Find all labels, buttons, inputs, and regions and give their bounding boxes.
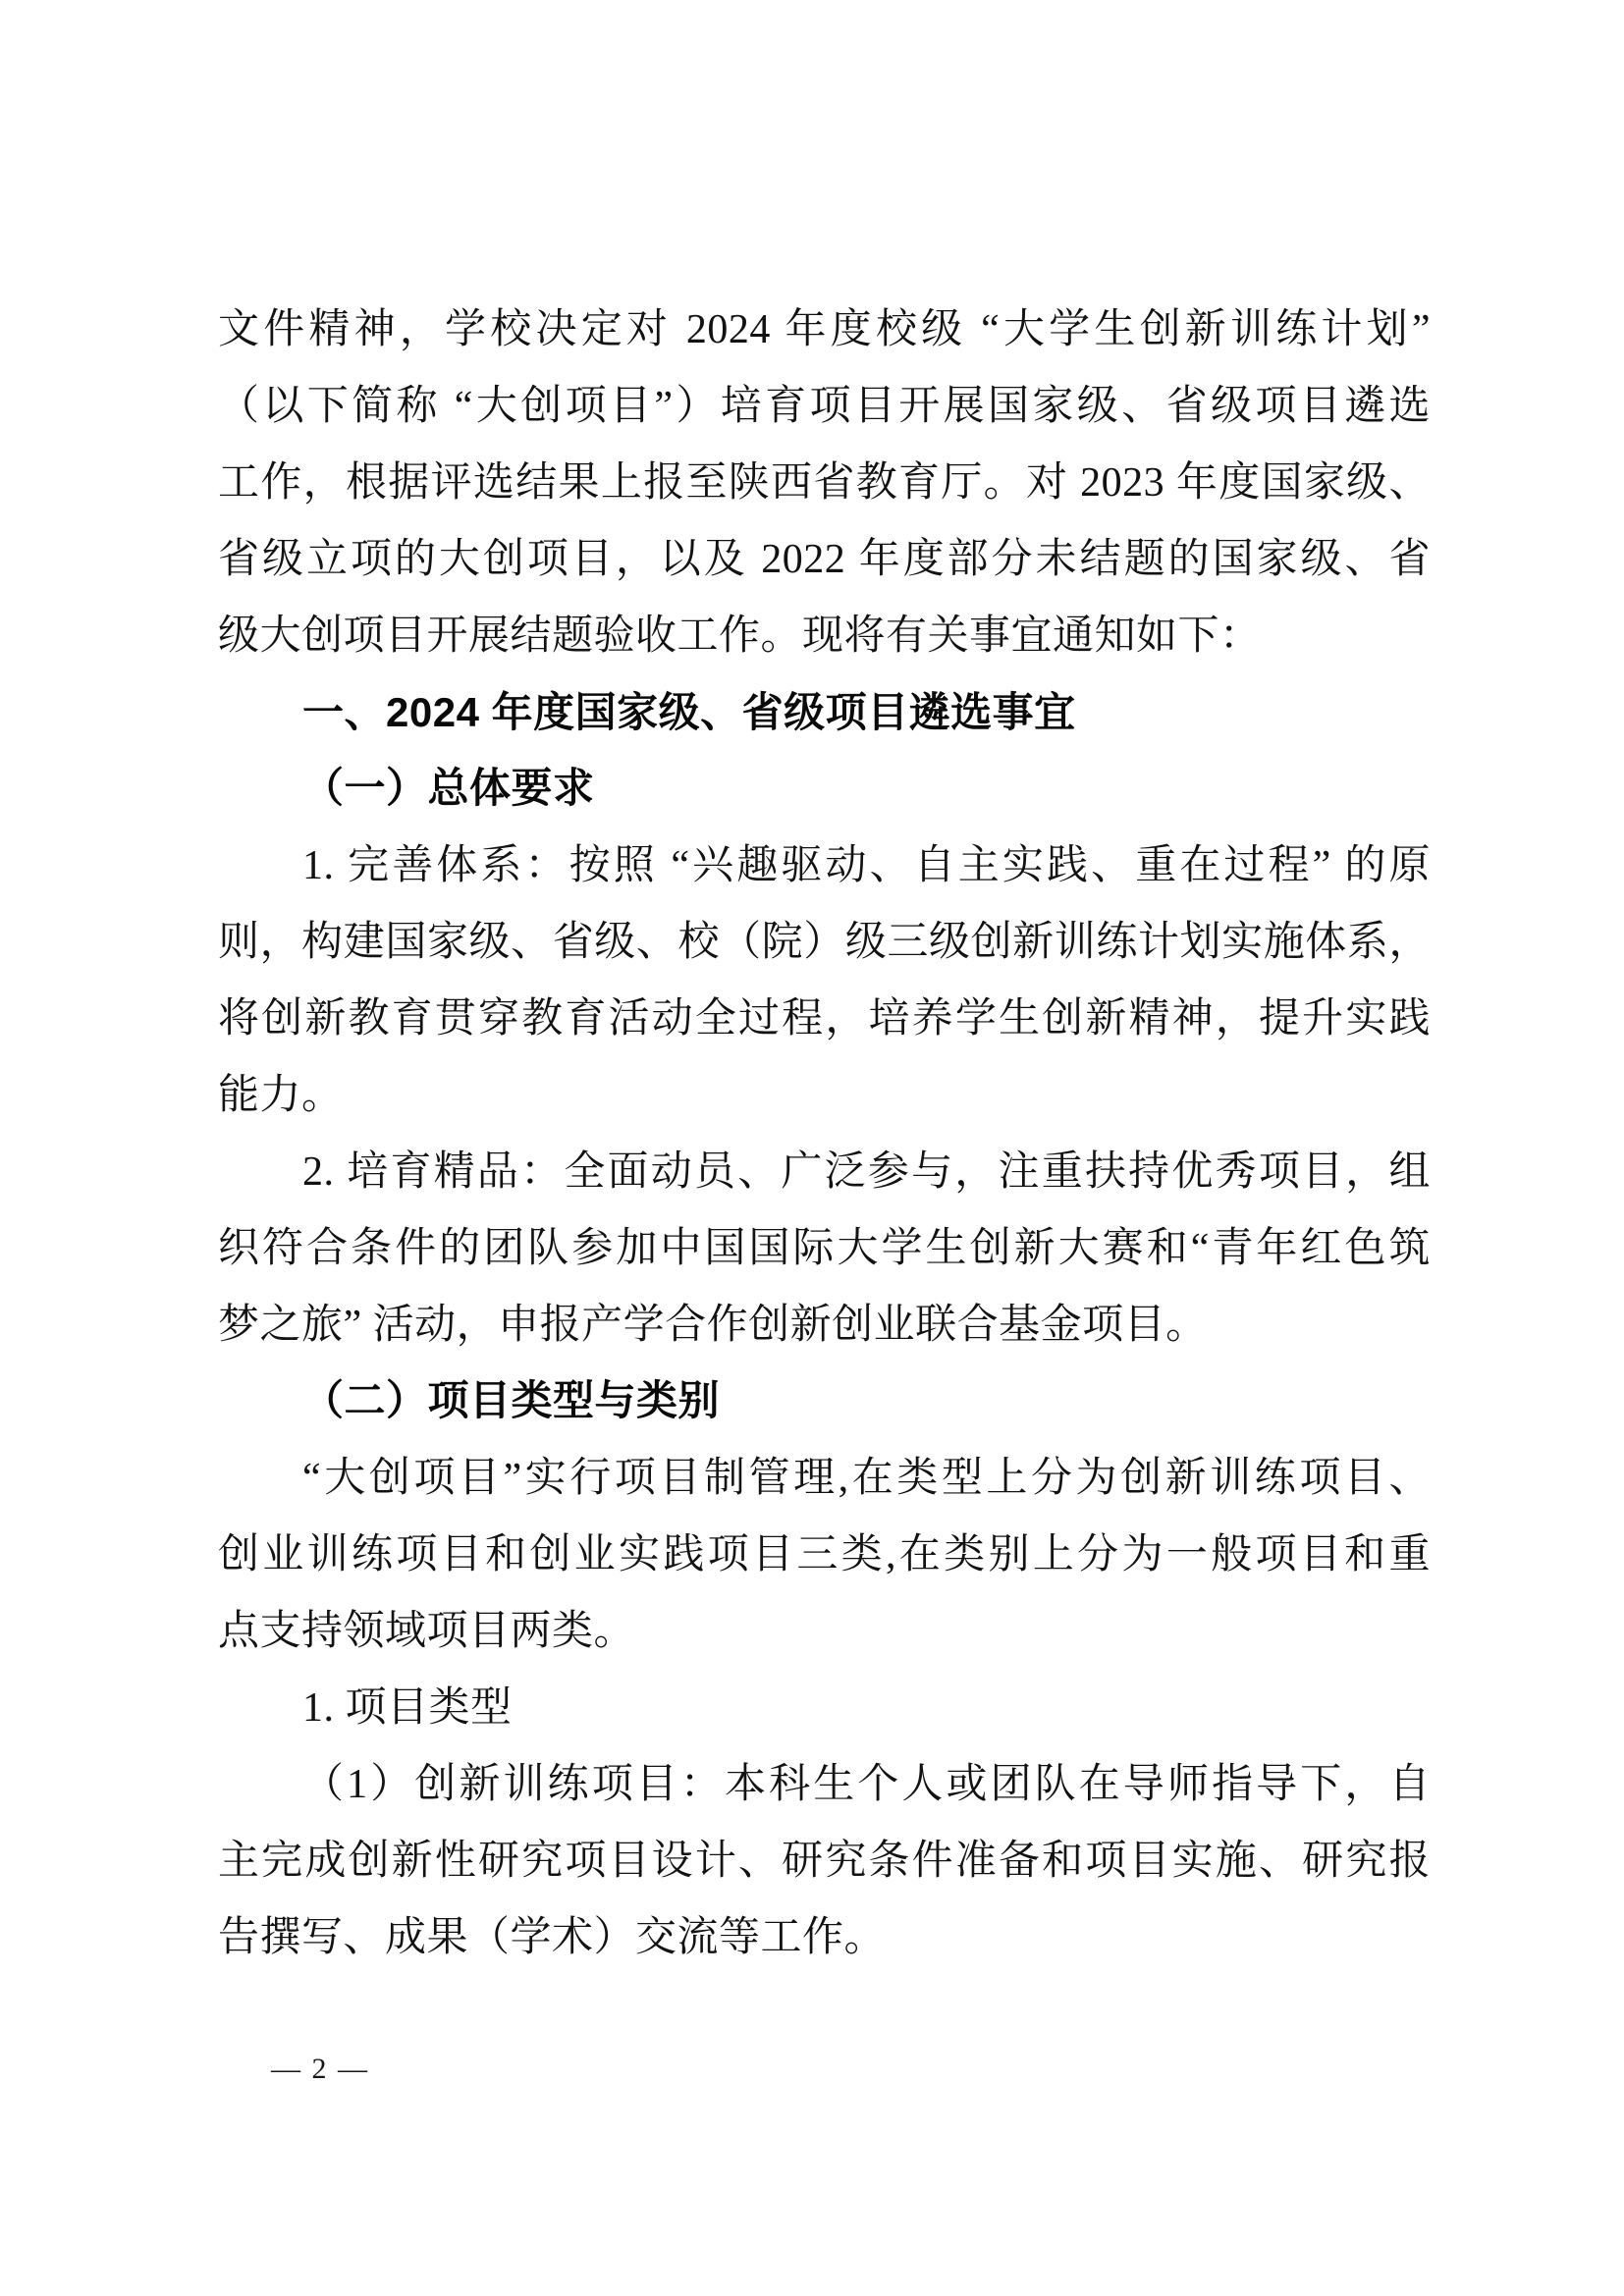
- text-line: 创业训练项目和创业实践项目三类,在类别上分为一般项目和重: [218, 1517, 1431, 1593]
- text-line: （以下简称 “大创项目”）培育项目开展国家级、省级项目遴选: [218, 368, 1431, 445]
- text-line: 点支持领域项目两类。: [218, 1593, 1431, 1670]
- section-heading: （二）项目类型与类别: [218, 1363, 1431, 1440]
- text-line: 文件精神，学校决定对 2024 年度校级 “大学生创新训练计划”: [218, 292, 1431, 368]
- text-line: 2. 培育精品：全面动员、广泛参与，注重扶持优秀项目，组: [218, 1134, 1431, 1210]
- text-line: （1）创新训练项目：本科生个人或团队在导师指导下，自: [218, 1746, 1431, 1823]
- text-line: 织符合条件的团队参加中国国际大学生创新大赛和“青年红色筑: [218, 1210, 1431, 1287]
- text-line: “大创项目”实行项目制管理,在类型上分为创新训练项目、: [218, 1440, 1431, 1517]
- text-line: 省级立项的大创项目，以及 2022 年度部分未结题的国家级、省: [218, 521, 1431, 598]
- text-line: 梦之旅” 活动，申报产学合作创新创业联合基金项目。: [218, 1287, 1431, 1363]
- section-heading: 一、2024 年度国家级、省级项目遴选事宜: [218, 674, 1431, 751]
- text-line: 1. 完善体系：按照 “兴趣驱动、自主实践、重在过程” 的原: [218, 828, 1431, 904]
- section-heading: （一）总体要求: [218, 751, 1431, 828]
- text-line: 则，构建国家级、省级、校（院）级三级创新训练计划实施体系，: [218, 904, 1431, 981]
- text-line: 告撰写、成果（学术）交流等工作。: [218, 1899, 1431, 1976]
- text-line: 主完成创新性研究项目设计、研究条件准备和项目实施、研究报: [218, 1823, 1431, 1899]
- text-line: 工作，根据评选结果上报至陕西省教育厅。对 2023 年度国家级、: [218, 445, 1431, 521]
- page-number: — 2 —: [271, 2050, 369, 2089]
- text-line: 能力。: [218, 1057, 1431, 1134]
- document-lines: 文件精神，学校决定对 2024 年度校级 “大学生创新训练计划”（以下简称 “大…: [218, 292, 1431, 1976]
- text-line: 1. 项目类型: [218, 1670, 1431, 1746]
- document-page: 文件精神，学校决定对 2024 年度校级 “大学生创新训练计划”（以下简称 “大…: [0, 0, 1624, 2296]
- text-line: 级大创项目开展结题验收工作。现将有关事宜通知如下：: [218, 598, 1431, 674]
- text-line: 将创新教育贯穿教育活动全过程，培养学生创新精神，提升实践: [218, 981, 1431, 1057]
